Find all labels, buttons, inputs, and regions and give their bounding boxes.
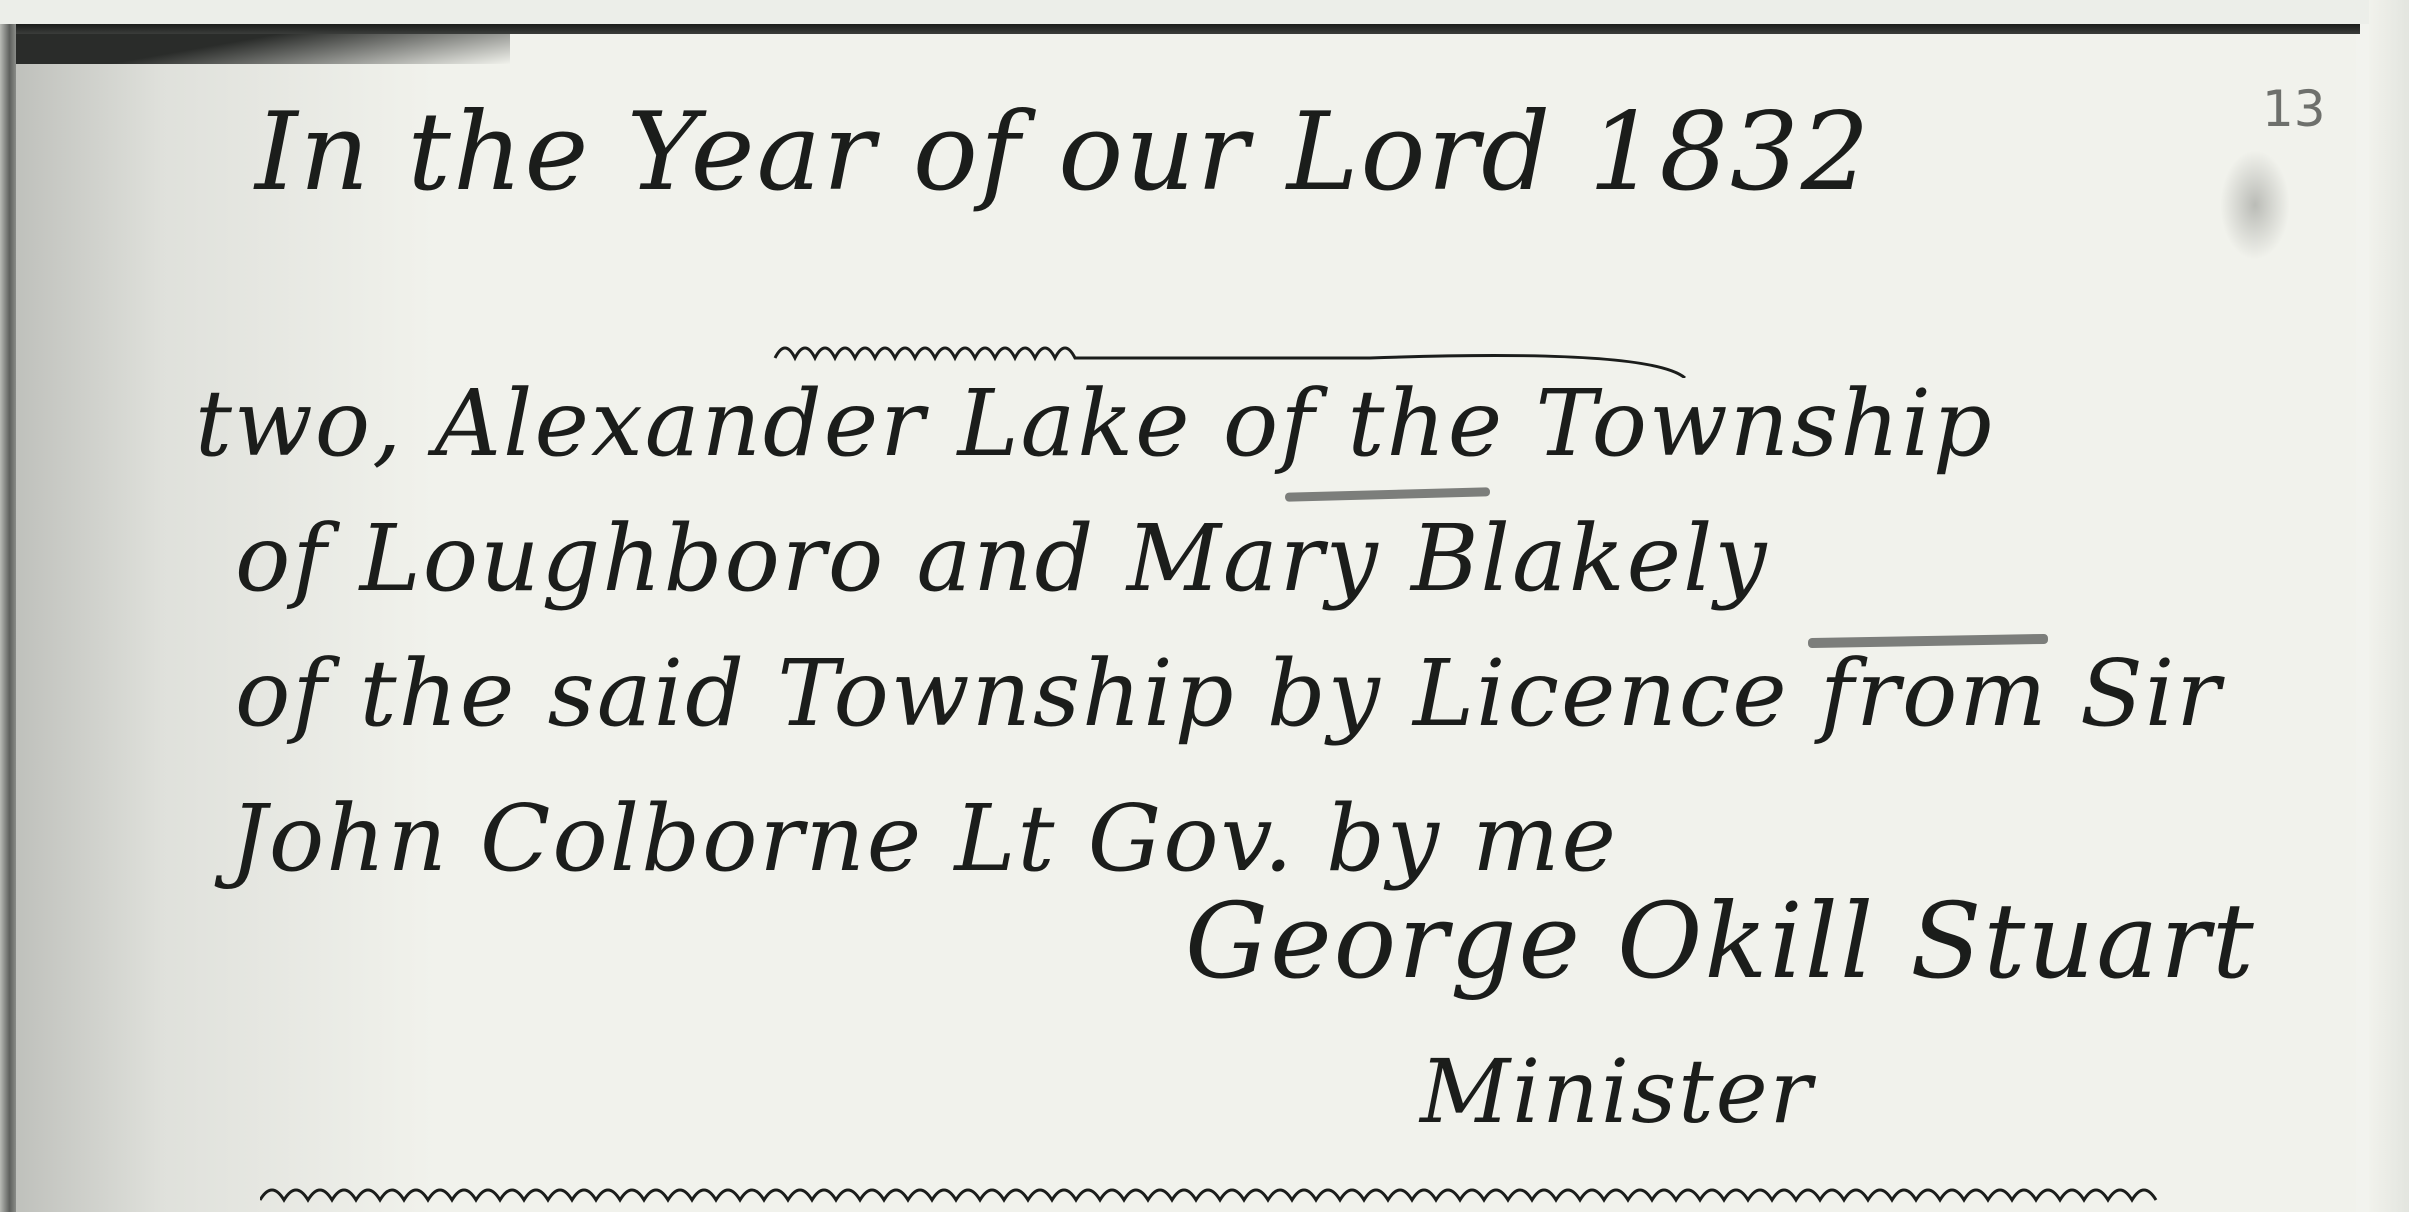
minister-title: Minister [1420,1040,1814,1143]
entry-end-flourish [260,1175,2360,1212]
heading-flourish [770,318,1690,378]
entry-line-bride: of Loughboro and Mary Blakely [235,505,1768,612]
scanned-document: 13 In the Year of our Lord 1832 two, Ale… [0,0,2409,1212]
scan-top-margin [0,0,2409,24]
page-top-edge [0,24,2360,34]
corner-shadow [10,34,510,64]
minister-signature: George Okill Stuart [1185,880,2256,1002]
entry-line-governor: John Colborne Lt Gov. by me [230,785,1618,892]
entry-line-licence: of the said Township by Licence from Sir [235,640,2222,747]
ink-smudge [2220,150,2290,260]
page-right-edge [2369,0,2409,1212]
entry-line-groom: two, Alexander Lake of the Township [195,370,1994,477]
book-binding-edge [0,24,16,1212]
entry-heading-line: In the Year of our Lord 1832 [255,90,1871,215]
page-number: 13 [2262,80,2326,138]
